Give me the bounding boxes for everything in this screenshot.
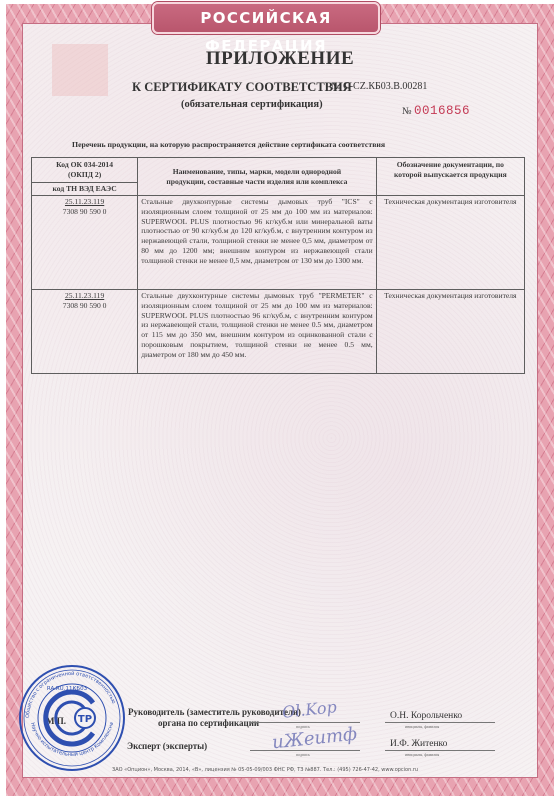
expert-signature-caption: подпись <box>296 752 310 757</box>
certificate-subtitle: К СЕРТИФИКАТУ СООТВЕТСТВИЯ <box>132 80 352 95</box>
head-name: О.Н. Корольченко <box>390 711 462 721</box>
table-row: 25.11.23.119 7308 90 590 0 Стальные двух… <box>32 196 525 290</box>
page-title: ПРИЛОЖЕНИЕ <box>0 48 560 70</box>
certificate-number: № C-CZ.КБ03.В.00281 <box>331 81 427 92</box>
head-label-line-1: Руководитель (заместитель руководителя) <box>128 707 301 718</box>
product-description: Стальные двухконтурные системы дымовых т… <box>138 290 376 374</box>
serial-number: № 0016856 <box>402 104 470 118</box>
svg-text:RA.RU.11КБ03: RA.RU.11КБ03 <box>47 686 88 692</box>
country-banner: РОССИЙСКАЯ ФЕДЕРАЦИЯ <box>152 2 380 34</box>
serial-prefix: № <box>402 106 412 117</box>
header-documentation: Обозначение документации, по которой вып… <box>376 158 524 196</box>
head-name-line <box>385 722 495 723</box>
tnved-code: 7308 90 590 0 <box>35 207 134 217</box>
code-cell: 25.11.23.119 7308 90 590 0 <box>32 196 138 290</box>
documentation-cell: Техническая документация изготовителя <box>376 196 524 290</box>
expert-name: И.Ф. Житенко <box>390 739 447 749</box>
expert-signature-line <box>250 750 360 751</box>
certification-stamp-icon: ТР RA.RU.11КБ03 Общество с ограниченной … <box>17 663 127 773</box>
header-code-okpd: Код ОК 034-2014 (ОКПД 2) <box>32 158 138 183</box>
product-list-caption: Перечень продукции, на которую распростр… <box>72 140 385 149</box>
tnved-code: 7308 90 590 0 <box>35 301 134 311</box>
documentation-cell: Техническая документация изготовителя <box>376 290 524 374</box>
expert-label: Эксперт (эксперты) <box>127 741 207 751</box>
certification-type: (обязательная сертификация) <box>181 99 323 110</box>
expert-name-line <box>385 750 495 751</box>
code-cell: 25.11.23.119 7308 90 590 0 <box>32 290 138 374</box>
header-code-tnved: код ТН ВЭД ЕАЭС <box>32 183 138 196</box>
svg-text:ТР: ТР <box>78 714 92 725</box>
products-table: Код ОК 034-2014 (ОКПД 2) Наименование, т… <box>31 157 525 374</box>
table-row: 25.11.23.119 7308 90 590 0 Стальные двух… <box>32 290 525 374</box>
okpd-code: 25.11.23.119 <box>35 291 134 301</box>
okpd-code: 25.11.23.119 <box>35 197 134 207</box>
head-label-line-2: органа по сертификации <box>128 718 301 729</box>
serial-value: 0016856 <box>414 104 470 118</box>
printer-footer: ЗАО «Опцион», Москва, 2014, «В», лицензи… <box>112 767 418 773</box>
head-signatory-label: Руководитель (заместитель руководителя) … <box>128 707 301 729</box>
product-description: Стальные двухконтурные системы дымовых т… <box>138 196 376 290</box>
header-product-name: Наименование, типы, марки, модели одноро… <box>138 158 376 196</box>
expert-name-caption: инициалы, фамилия <box>405 752 439 757</box>
head-name-caption: инициалы, фамилия <box>405 724 439 729</box>
head-signature-line <box>250 722 360 723</box>
